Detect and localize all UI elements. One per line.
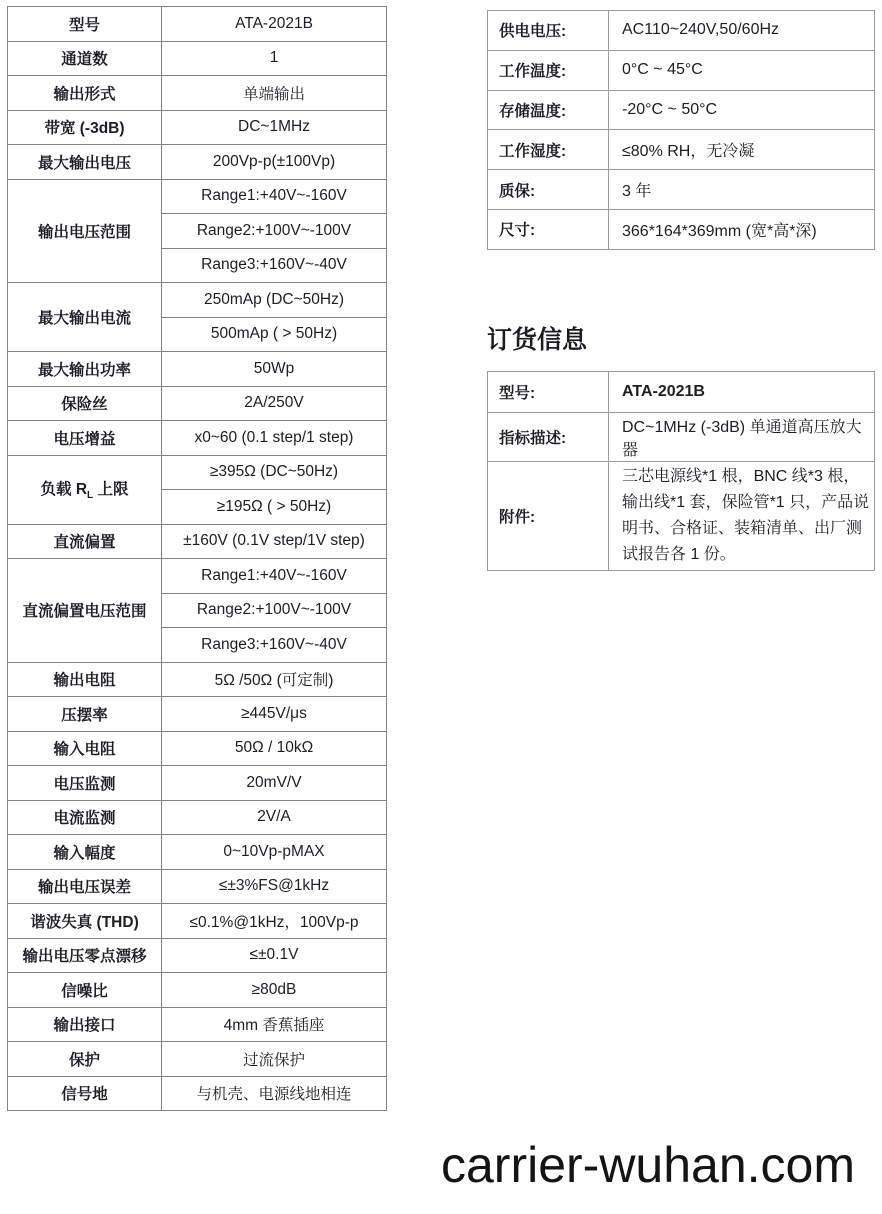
- order-row-label: 型号:: [488, 372, 609, 413]
- spec-row-value: ±160V (0.1V step/1V step): [162, 524, 387, 559]
- spec-row-value: Range1:+40V~-160V: [162, 559, 387, 594]
- spec-row-label: 带宽 (-3dB): [8, 110, 162, 145]
- spec-row-label: 输出电压误差: [8, 869, 162, 904]
- spec-row: 电压监测20mV/V: [8, 766, 387, 801]
- env-row: 工作湿度:≤80% RH，无冷凝: [488, 130, 875, 170]
- spec-row: 输出接口4mm 香蕉插座: [8, 1007, 387, 1042]
- spec-row: 保险丝2A/250V: [8, 386, 387, 421]
- env-row-label: 工作湿度:: [488, 130, 609, 170]
- spec-row-value: Range3:+160V~-40V: [162, 248, 387, 283]
- spec-row-value: 200Vp-p(±100Vp): [162, 145, 387, 180]
- spec-row: 直流偏置电压范围Range1:+40V~-160V: [8, 559, 387, 594]
- spec-row-label: 输出电阻: [8, 662, 162, 697]
- spec-row-label: 保护: [8, 1042, 162, 1077]
- order-row-value: DC~1MHz (-3dB) 单通道高压放大器: [609, 412, 875, 461]
- order-row: 型号:ATA-2021B: [488, 372, 875, 413]
- spec-sheet-page: 型号ATA-2021B通道数1输出形式单端输出带宽 (-3dB)DC~1MHz最…: [0, 0, 882, 1214]
- spec-row-value: 与机壳、电源线地相连: [162, 1076, 387, 1111]
- spec-row-label: 谐波失真 (THD): [8, 904, 162, 939]
- spec-row-value: Range1:+40V~-160V: [162, 179, 387, 214]
- spec-row: 带宽 (-3dB)DC~1MHz: [8, 110, 387, 145]
- env-row-label: 存储温度:: [488, 90, 609, 130]
- spec-row-value: ATA-2021B: [162, 7, 387, 42]
- spec-row-label: 电压监测: [8, 766, 162, 801]
- env-row-value: 0°C ~ 45°C: [609, 50, 875, 90]
- order-row: 指标描述:DC~1MHz (-3dB) 单通道高压放大器: [488, 412, 875, 461]
- spec-row-value: Range2:+100V~-100V: [162, 214, 387, 249]
- spec-row-label: 直流偏置电压范围: [8, 559, 162, 663]
- watermark-text: carrier-wuhan.com: [441, 1140, 855, 1190]
- spec-row-label: 电流监测: [8, 800, 162, 835]
- ordering-info-heading: 订货信息: [487, 320, 587, 356]
- spec-row-label: 输出电压零点漂移: [8, 938, 162, 973]
- spec-row: 信号地与机壳、电源线地相连: [8, 1076, 387, 1111]
- env-row-label: 工作温度:: [488, 50, 609, 90]
- spec-row-value: ≥80dB: [162, 973, 387, 1008]
- spec-row-value: 500mAp ( > 50Hz): [162, 317, 387, 352]
- spec-row-value: 单端输出: [162, 76, 387, 111]
- spec-row: 输出电压零点漂移≤±0.1V: [8, 938, 387, 973]
- spec-row: 谐波失真 (THD)≤0.1%@1kHz，100Vp-p: [8, 904, 387, 939]
- spec-row-value: 250mAp (DC~50Hz): [162, 283, 387, 318]
- env-row-label: 质保:: [488, 170, 609, 210]
- spec-row-value: 20mV/V: [162, 766, 387, 801]
- spec-row-value: 5Ω /50Ω (可定制): [162, 662, 387, 697]
- spec-row-label: 型号: [8, 7, 162, 42]
- spec-row-label: 输出接口: [8, 1007, 162, 1042]
- env-row: 工作温度:0°C ~ 45°C: [488, 50, 875, 90]
- env-row-label: 供电电压:: [488, 11, 609, 51]
- spec-row-label: 输出形式: [8, 76, 162, 111]
- spec-row-value: 2A/250V: [162, 386, 387, 421]
- spec-row-label: 最大输出功率: [8, 352, 162, 387]
- spec-row-label: 信号地: [8, 1076, 162, 1111]
- spec-row: 最大输出电压200Vp-p(±100Vp): [8, 145, 387, 180]
- spec-row-value: 50Wp: [162, 352, 387, 387]
- spec-row: 输出电压误差≤±3%FS@1kHz: [8, 869, 387, 904]
- spec-row-label: 直流偏置: [8, 524, 162, 559]
- spec-row-value: Range3:+160V~-40V: [162, 628, 387, 663]
- env-row-value: -20°C ~ 50°C: [609, 90, 875, 130]
- spec-row: 保护过流保护: [8, 1042, 387, 1077]
- spec-row-label: 通道数: [8, 41, 162, 76]
- spec-row: 输出电阻5Ω /50Ω (可定制): [8, 662, 387, 697]
- spec-row: 最大输出电流250mAp (DC~50Hz): [8, 283, 387, 318]
- spec-row-label: 压摆率: [8, 697, 162, 732]
- spec-row-label: 负载 RL 上限: [8, 455, 162, 524]
- spec-row: 输出电压范围Range1:+40V~-160V: [8, 179, 387, 214]
- spec-row-value: DC~1MHz: [162, 110, 387, 145]
- spec-row-label: 最大输出电压: [8, 145, 162, 180]
- ordering-info-table: 型号:ATA-2021B指标描述:DC~1MHz (-3dB) 单通道高压放大器…: [487, 371, 875, 571]
- env-row-value: ≤80% RH，无冷凝: [609, 130, 875, 170]
- spec-row: 输入电阻50Ω / 10kΩ: [8, 731, 387, 766]
- env-row-value: 366*164*369mm (宽*高*深): [609, 209, 875, 249]
- env-row: 质保:3 年: [488, 170, 875, 210]
- env-row-value: 3 年: [609, 170, 875, 210]
- spec-row-value: x0~60 (0.1 step/1 step): [162, 421, 387, 456]
- spec-row-label: 最大输出电流: [8, 283, 162, 352]
- spec-row-label: 输入幅度: [8, 835, 162, 870]
- spec-row-label: 输入电阻: [8, 731, 162, 766]
- spec-row: 负载 RL 上限≥395Ω (DC~50Hz): [8, 455, 387, 490]
- env-row: 存储温度:-20°C ~ 50°C: [488, 90, 875, 130]
- order-row: 附件:三芯电源线*1 根，BNC 线*3 根，输出线*1 套，保险管*1 只，产…: [488, 461, 875, 570]
- spec-row-value: ≤0.1%@1kHz，100Vp-p: [162, 904, 387, 939]
- spec-row: 输出形式单端输出: [8, 76, 387, 111]
- spec-row: 通道数1: [8, 41, 387, 76]
- spec-row-value: ≤±3%FS@1kHz: [162, 869, 387, 904]
- spec-row-label: 输出电压范围: [8, 179, 162, 283]
- spec-row: 电流监测2V/A: [8, 800, 387, 835]
- spec-row-value: 过流保护: [162, 1042, 387, 1077]
- spec-row-value: ≤±0.1V: [162, 938, 387, 973]
- order-row-label: 附件:: [488, 461, 609, 570]
- spec-row-value: 4mm 香蕉插座: [162, 1007, 387, 1042]
- environment-table: 供电电压:AC110~240V,50/60Hz工作温度:0°C ~ 45°C存储…: [487, 10, 875, 250]
- order-row-value: 三芯电源线*1 根，BNC 线*3 根，输出线*1 套，保险管*1 只，产品说明…: [609, 461, 875, 570]
- spec-table: 型号ATA-2021B通道数1输出形式单端输出带宽 (-3dB)DC~1MHz最…: [7, 6, 387, 1111]
- order-row-label: 指标描述:: [488, 412, 609, 461]
- spec-row: 信噪比≥80dB: [8, 973, 387, 1008]
- env-row: 尺寸:366*164*369mm (宽*高*深): [488, 209, 875, 249]
- spec-row-value: 0~10Vp-pMAX: [162, 835, 387, 870]
- spec-row-value: Range2:+100V~-100V: [162, 593, 387, 628]
- spec-row-value: 1: [162, 41, 387, 76]
- spec-row-value: 50Ω / 10kΩ: [162, 731, 387, 766]
- spec-row: 输入幅度0~10Vp-pMAX: [8, 835, 387, 870]
- spec-row-label: 保险丝: [8, 386, 162, 421]
- spec-row: 最大输出功率50Wp: [8, 352, 387, 387]
- spec-row: 电压增益x0~60 (0.1 step/1 step): [8, 421, 387, 456]
- spec-row-value: ≥445V/μs: [162, 697, 387, 732]
- spec-row: 直流偏置±160V (0.1V step/1V step): [8, 524, 387, 559]
- spec-row-value: ≥395Ω (DC~50Hz): [162, 455, 387, 490]
- spec-row-label: 电压增益: [8, 421, 162, 456]
- spec-row-value: ≥195Ω ( > 50Hz): [162, 490, 387, 525]
- env-row-label: 尺寸:: [488, 209, 609, 249]
- spec-row-value: 2V/A: [162, 800, 387, 835]
- spec-row: 型号ATA-2021B: [8, 7, 387, 42]
- env-row-value: AC110~240V,50/60Hz: [609, 11, 875, 51]
- env-row: 供电电压:AC110~240V,50/60Hz: [488, 11, 875, 51]
- spec-row-label: 信噪比: [8, 973, 162, 1008]
- spec-row: 压摆率≥445V/μs: [8, 697, 387, 732]
- order-row-value: ATA-2021B: [609, 372, 875, 413]
